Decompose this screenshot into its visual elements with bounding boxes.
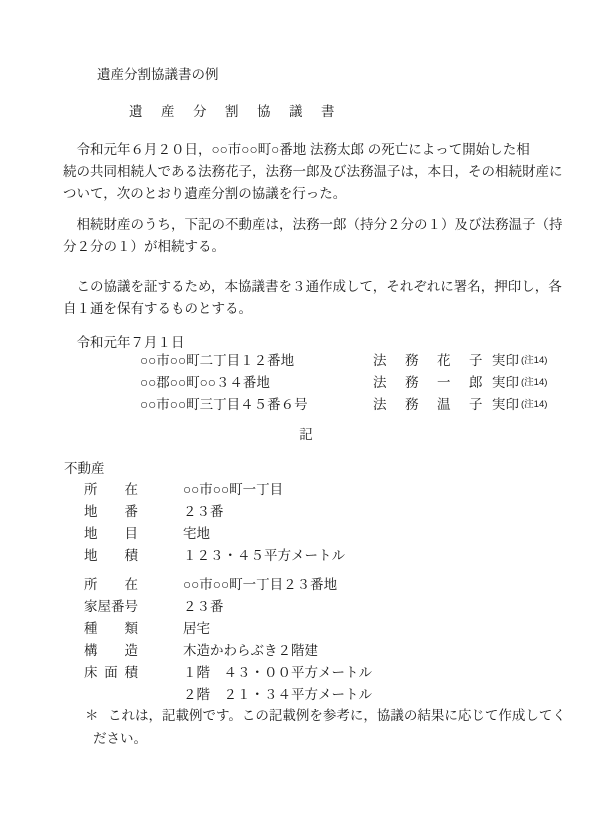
property-row: 種 類 居宅 — [0, 618, 612, 640]
property-row: 地 積 １２３・４５平方メートル — [0, 545, 612, 567]
property-label: 所 在 — [84, 479, 138, 501]
paragraph-opening: 令和元年６月２０日，○○市○○町○番地 法務太郎 の死亡によって開始した相 続の… — [63, 139, 563, 205]
paragraph-line: 自１通を保有するものとする。 — [63, 298, 563, 320]
signature-address: ○○市○○町三丁目４５番６号 — [140, 394, 308, 416]
property-row: 構 造 木造かわらぶき２階建 — [0, 640, 612, 662]
signature-address: ○○郡○○町○○３４番地 — [140, 372, 270, 394]
signature-row: ○○郡○○町○○３４番地 法 務 一 郎 実印 (注14) — [0, 372, 612, 394]
property-value: １階 ４３・００平方メートル — [183, 662, 372, 684]
property-row: ２階 ２１・３４平方メートル — [0, 684, 612, 706]
note-reference: (注14) — [521, 372, 547, 394]
property-row: 地 番 ２３番 — [0, 501, 612, 523]
property-value: ○○市○○町一丁目 — [183, 479, 283, 501]
property-label: 種 類 — [84, 618, 138, 640]
paragraph-line: 相続財産のうち，下記の不動産は，法務一郎（持分２分の１）及び法務温子（持 — [63, 214, 563, 236]
signature-name: 法 務 花 子 — [373, 350, 485, 372]
property-label: 家屋番号 — [84, 596, 138, 618]
property-row: 家屋番号 ２３番 — [0, 596, 612, 618]
seal-label: 実印 — [492, 350, 519, 372]
property-value: ○○市○○町一丁目２３番地 — [183, 574, 337, 596]
property-row: 所 在 ○○市○○町一丁目 — [0, 479, 612, 501]
footnote-line: ださい。 — [93, 728, 147, 750]
doc-example-label: 遺産分割協議書の例 — [97, 64, 219, 86]
footnote-asterisk: ＊ — [85, 705, 99, 727]
property-label: 所 在 — [84, 574, 138, 596]
property-row: 床 面 積 １階 ４３・００平方メートル — [0, 662, 612, 684]
document-page: 遺産分割協議書の例 遺 産 分 割 協 議 書 令和元年６月２０日，○○市○○町… — [0, 0, 612, 813]
property-label: 地 積 — [84, 545, 138, 567]
property-row: 所 在 ○○市○○町一丁目２３番地 — [0, 574, 612, 596]
footnote-line: これは，記載例です。この記載例を参考に，協議の結果に応じて作成してく — [108, 705, 566, 727]
property-label: 構 造 — [84, 640, 138, 662]
property-value: １２３・４５平方メートル — [183, 545, 345, 567]
property-row: 地 目 宅地 — [0, 523, 612, 545]
property-label: 地 番 — [84, 501, 138, 523]
property-value: ２３番 — [183, 596, 224, 618]
ki-marker: 記 — [0, 424, 612, 446]
property-label: 地 目 — [84, 523, 138, 545]
note-reference: (注14) — [521, 394, 547, 416]
seal-label: 実印 — [492, 394, 519, 416]
seal-label: 実印 — [492, 372, 519, 394]
doc-title: 遺 産 分 割 協 議 書 — [129, 101, 337, 123]
property-value: 宅地 — [183, 523, 210, 545]
paragraph-copies: この協議を証するため，本協議書を３通作成して，それぞれに署名，押印し，各 自１通… — [63, 276, 563, 320]
property-value: ２３番 — [183, 501, 224, 523]
signature-row: ○○市○○町二丁目１２番地 法 務 花 子 実印 (注14) — [0, 350, 612, 372]
paragraph-line: この協議を証するため，本協議書を３通作成して，それぞれに署名，押印し，各 — [63, 276, 563, 298]
paragraph-line: ついて，次のとおり遺産分割の協議を行った。 — [63, 183, 563, 205]
note-reference: (注14) — [521, 350, 547, 372]
paragraph-inheritance-shares: 相続財産のうち，下記の不動産は，法務一郎（持分２分の１）及び法務温子（持 分２分… — [63, 214, 563, 258]
signature-address: ○○市○○町二丁目１２番地 — [140, 350, 294, 372]
property-value: 木造かわらぶき２階建 — [183, 640, 318, 662]
signature-name: 法 務 温 子 — [373, 394, 485, 416]
paragraph-line: 分２分の１）が相続する。 — [63, 236, 563, 258]
property-label: 床 面 積 — [84, 662, 138, 684]
signature-row: ○○市○○町三丁目４５番６号 法 務 温 子 実印 (注14) — [0, 394, 612, 416]
signature-name: 法 務 一 郎 — [373, 372, 485, 394]
property-section-heading: 不動産 — [64, 458, 105, 480]
property-value: 居宅 — [183, 618, 210, 640]
paragraph-line: 令和元年６月２０日，○○市○○町○番地 法務太郎 の死亡によって開始した相 — [63, 139, 563, 161]
property-value: ２階 ２１・３４平方メートル — [183, 684, 372, 706]
paragraph-line: 続の共同相続人である法務花子，法務一郎及び法務温子は，本日，その相続財産に — [63, 161, 563, 183]
